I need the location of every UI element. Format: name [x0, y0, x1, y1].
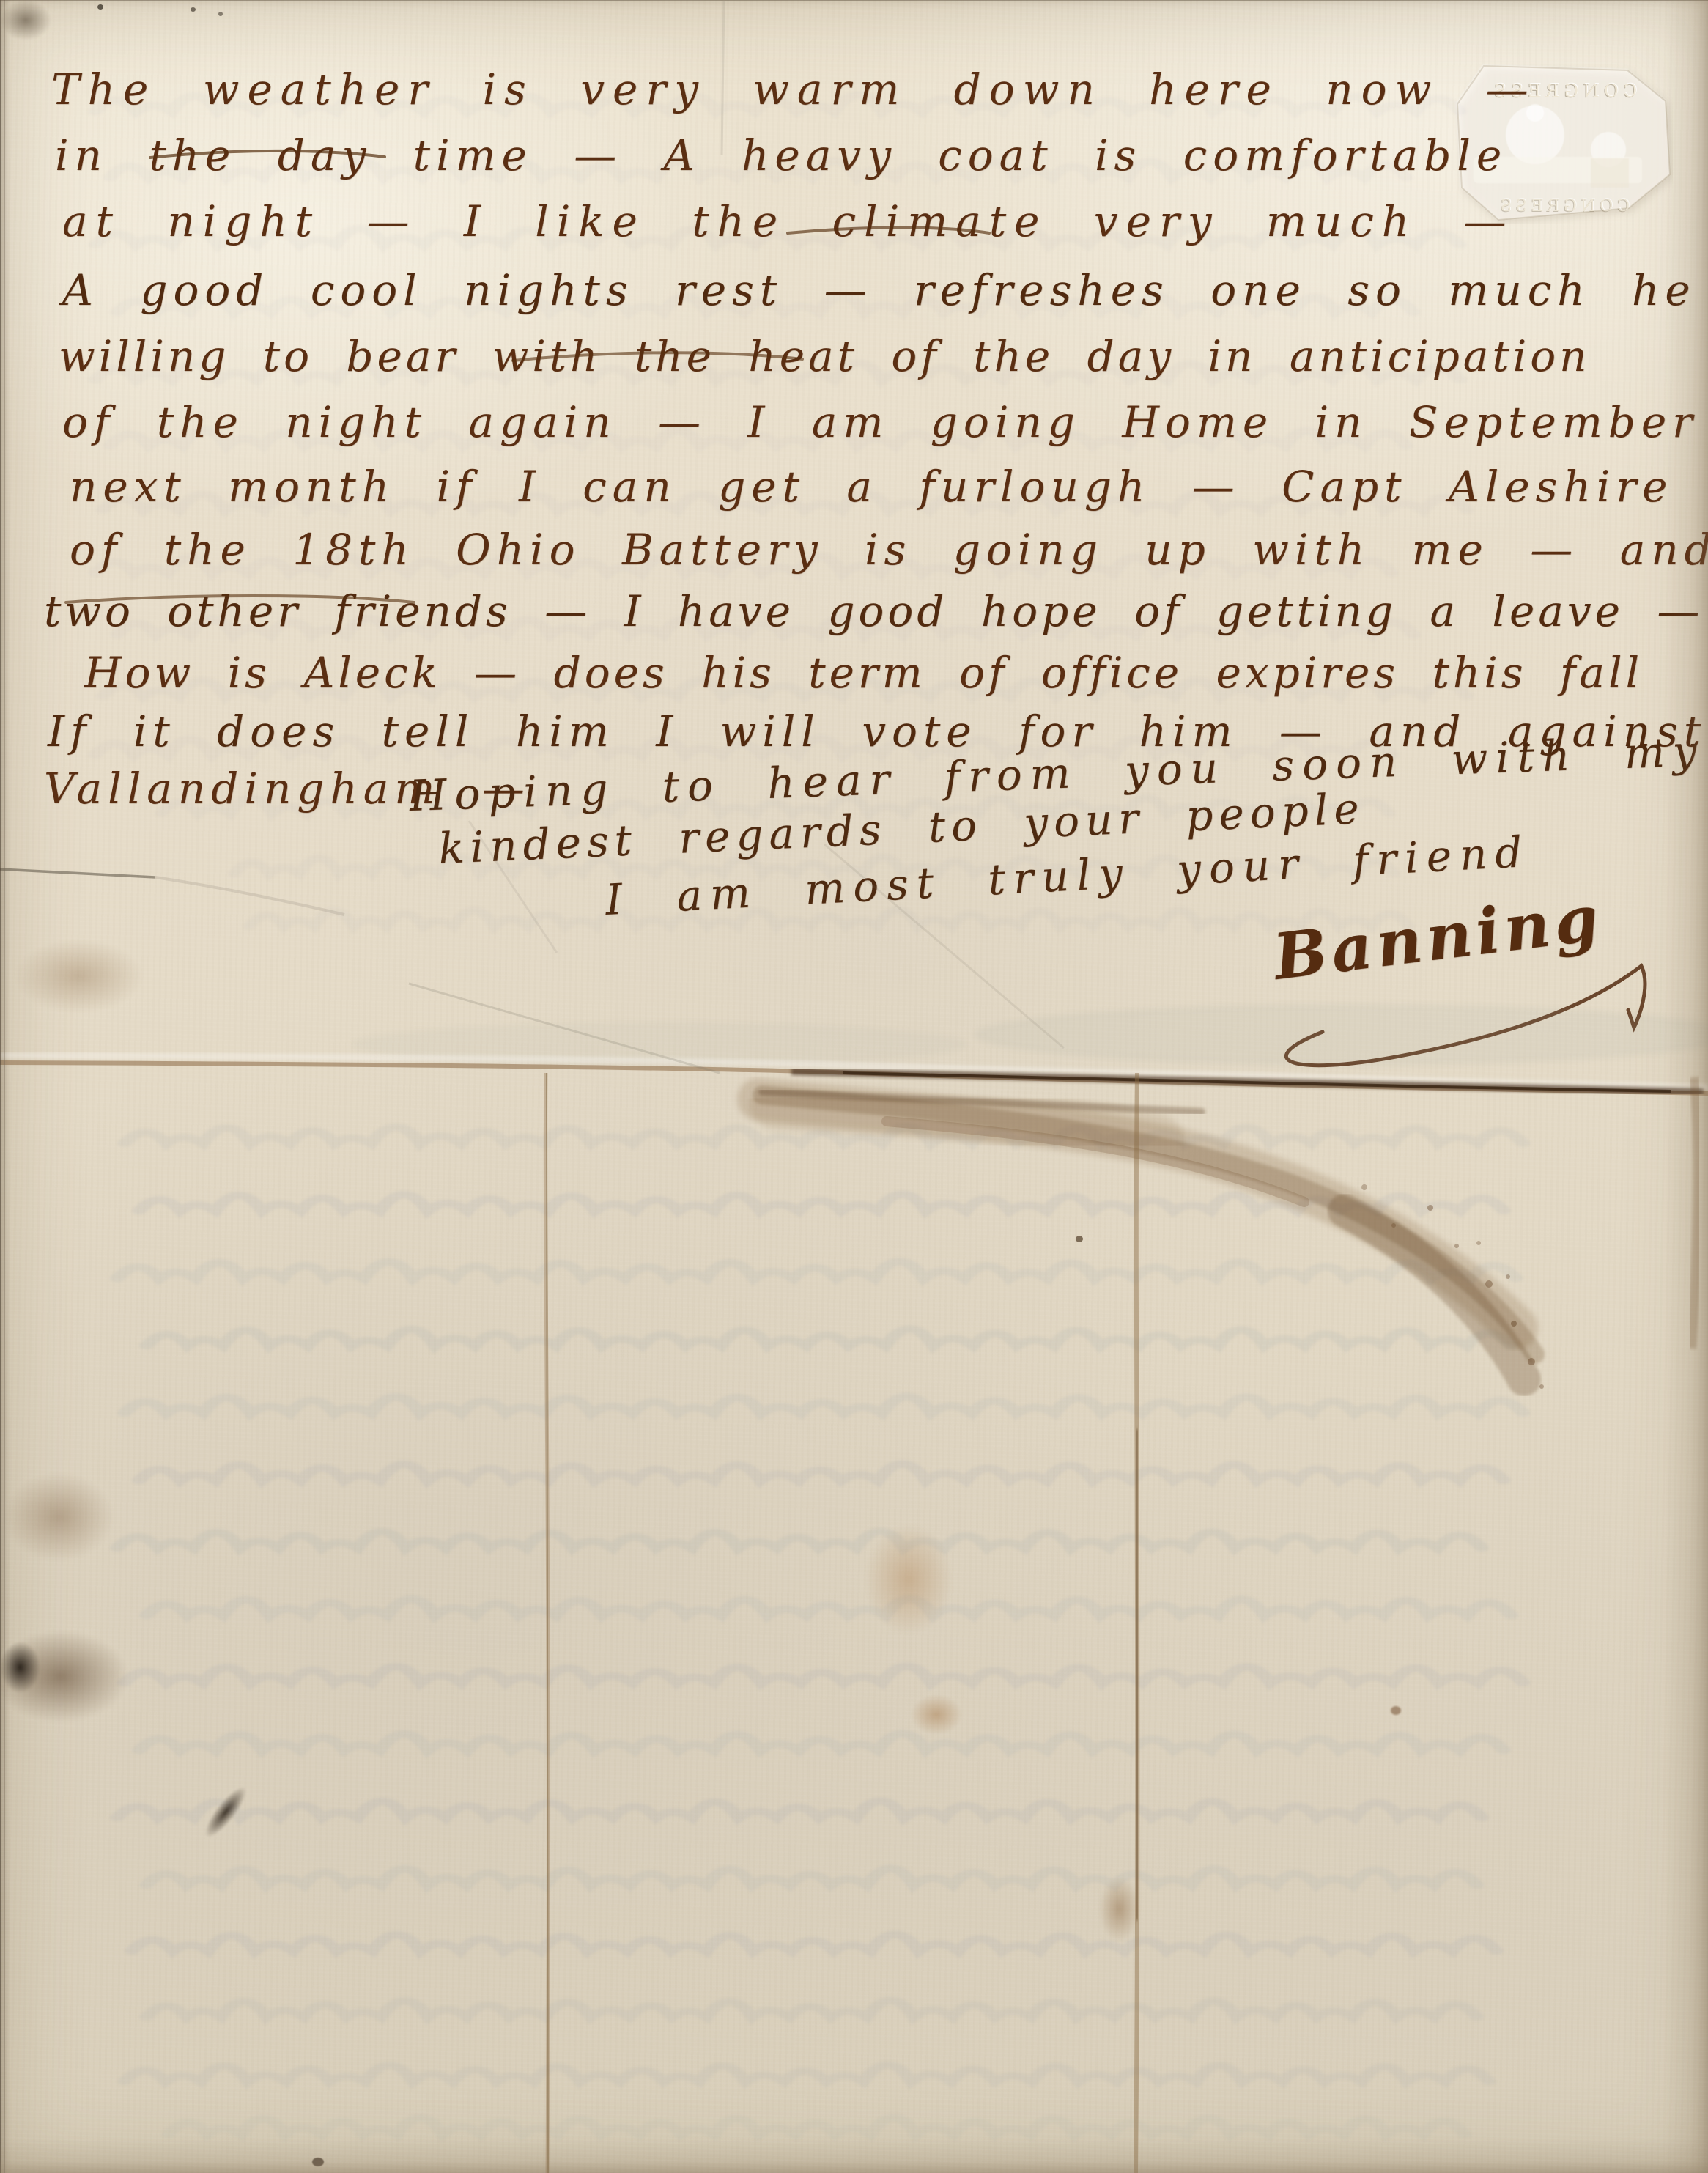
- bleed-through-writing: [0, 0, 1708, 2173]
- handwriting-line: A good cool nights rest — refreshes one …: [62, 265, 1708, 315]
- right-edge-streak: [1691, 1077, 1698, 1349]
- vertical-fold-left: [545, 1073, 548, 2173]
- scan-edge-left: [0, 0, 1, 2173]
- fold-stain-core: [843, 1073, 1671, 1091]
- horizontal-fold-crease: [0, 1063, 1708, 1093]
- seal-brand-text-bottom: CONGRESS: [1496, 197, 1630, 215]
- speckle-stain: [15, 940, 143, 1013]
- brown-smudge: [758, 1092, 1535, 1379]
- ink-speck: [218, 12, 223, 16]
- folds-and-stains: [0, 0, 1708, 2173]
- ink-speck: [97, 4, 103, 10]
- rust-stain: [911, 1694, 962, 1735]
- handwriting-line: of the night again — I am going Home in …: [62, 397, 1698, 447]
- handwriting-line: willing to bear with the heat of the day…: [59, 331, 1591, 381]
- fold-highlight: [0, 1055, 1708, 1088]
- ink-blot: [0, 1642, 40, 1693]
- handwriting-line: two other friends — I have good hope of …: [44, 586, 1703, 636]
- rust-stain: [865, 1524, 953, 1634]
- fingerprint-smudge: [4, 1473, 114, 1561]
- ink-speck: [1076, 1236, 1083, 1242]
- scan-edge-top: [0, 0, 1708, 1]
- ink-speck: [1391, 1706, 1401, 1715]
- ink-speck: [312, 2158, 324, 2166]
- ink-speck: [191, 7, 196, 12]
- fingerprint-smudge: [0, 1631, 128, 1722]
- smudge-speckles: [1361, 1184, 1544, 1389]
- corner-stain: [0, 0, 51, 40]
- crease-smear: [1099, 1876, 1139, 1942]
- ink-streak: [199, 1782, 253, 1842]
- vertical-fold-right: [1136, 1073, 1137, 2173]
- handwriting-line: at night — I like the climate very much …: [62, 196, 1515, 246]
- fold-stain-dark: [791, 1071, 1704, 1092]
- handwriting-line: next month if I can get a furlough — Cap…: [70, 462, 1673, 512]
- scan-edge-left-inner: [4, 0, 5, 2173]
- letter-page: CONGRESS CONGRESS: [0, 0, 1708, 2173]
- handwriting-line: in the day time — A heavy coat is comfor…: [55, 130, 1507, 180]
- seal-side-dome-icon: [1591, 132, 1626, 167]
- seal-dome-icon: [1506, 106, 1564, 164]
- seal-portico: [1591, 158, 1629, 188]
- left-wrinkle-line: [0, 869, 155, 877]
- handwriting-line: How is Aleck — does his term of office e…: [84, 648, 1643, 698]
- signature: Banning: [1270, 881, 1607, 995]
- handwriting-line: of the 18th Ohio Battery is going up wit…: [70, 525, 1708, 575]
- handwriting-line: The weather is very warm down here now —: [51, 64, 1537, 114]
